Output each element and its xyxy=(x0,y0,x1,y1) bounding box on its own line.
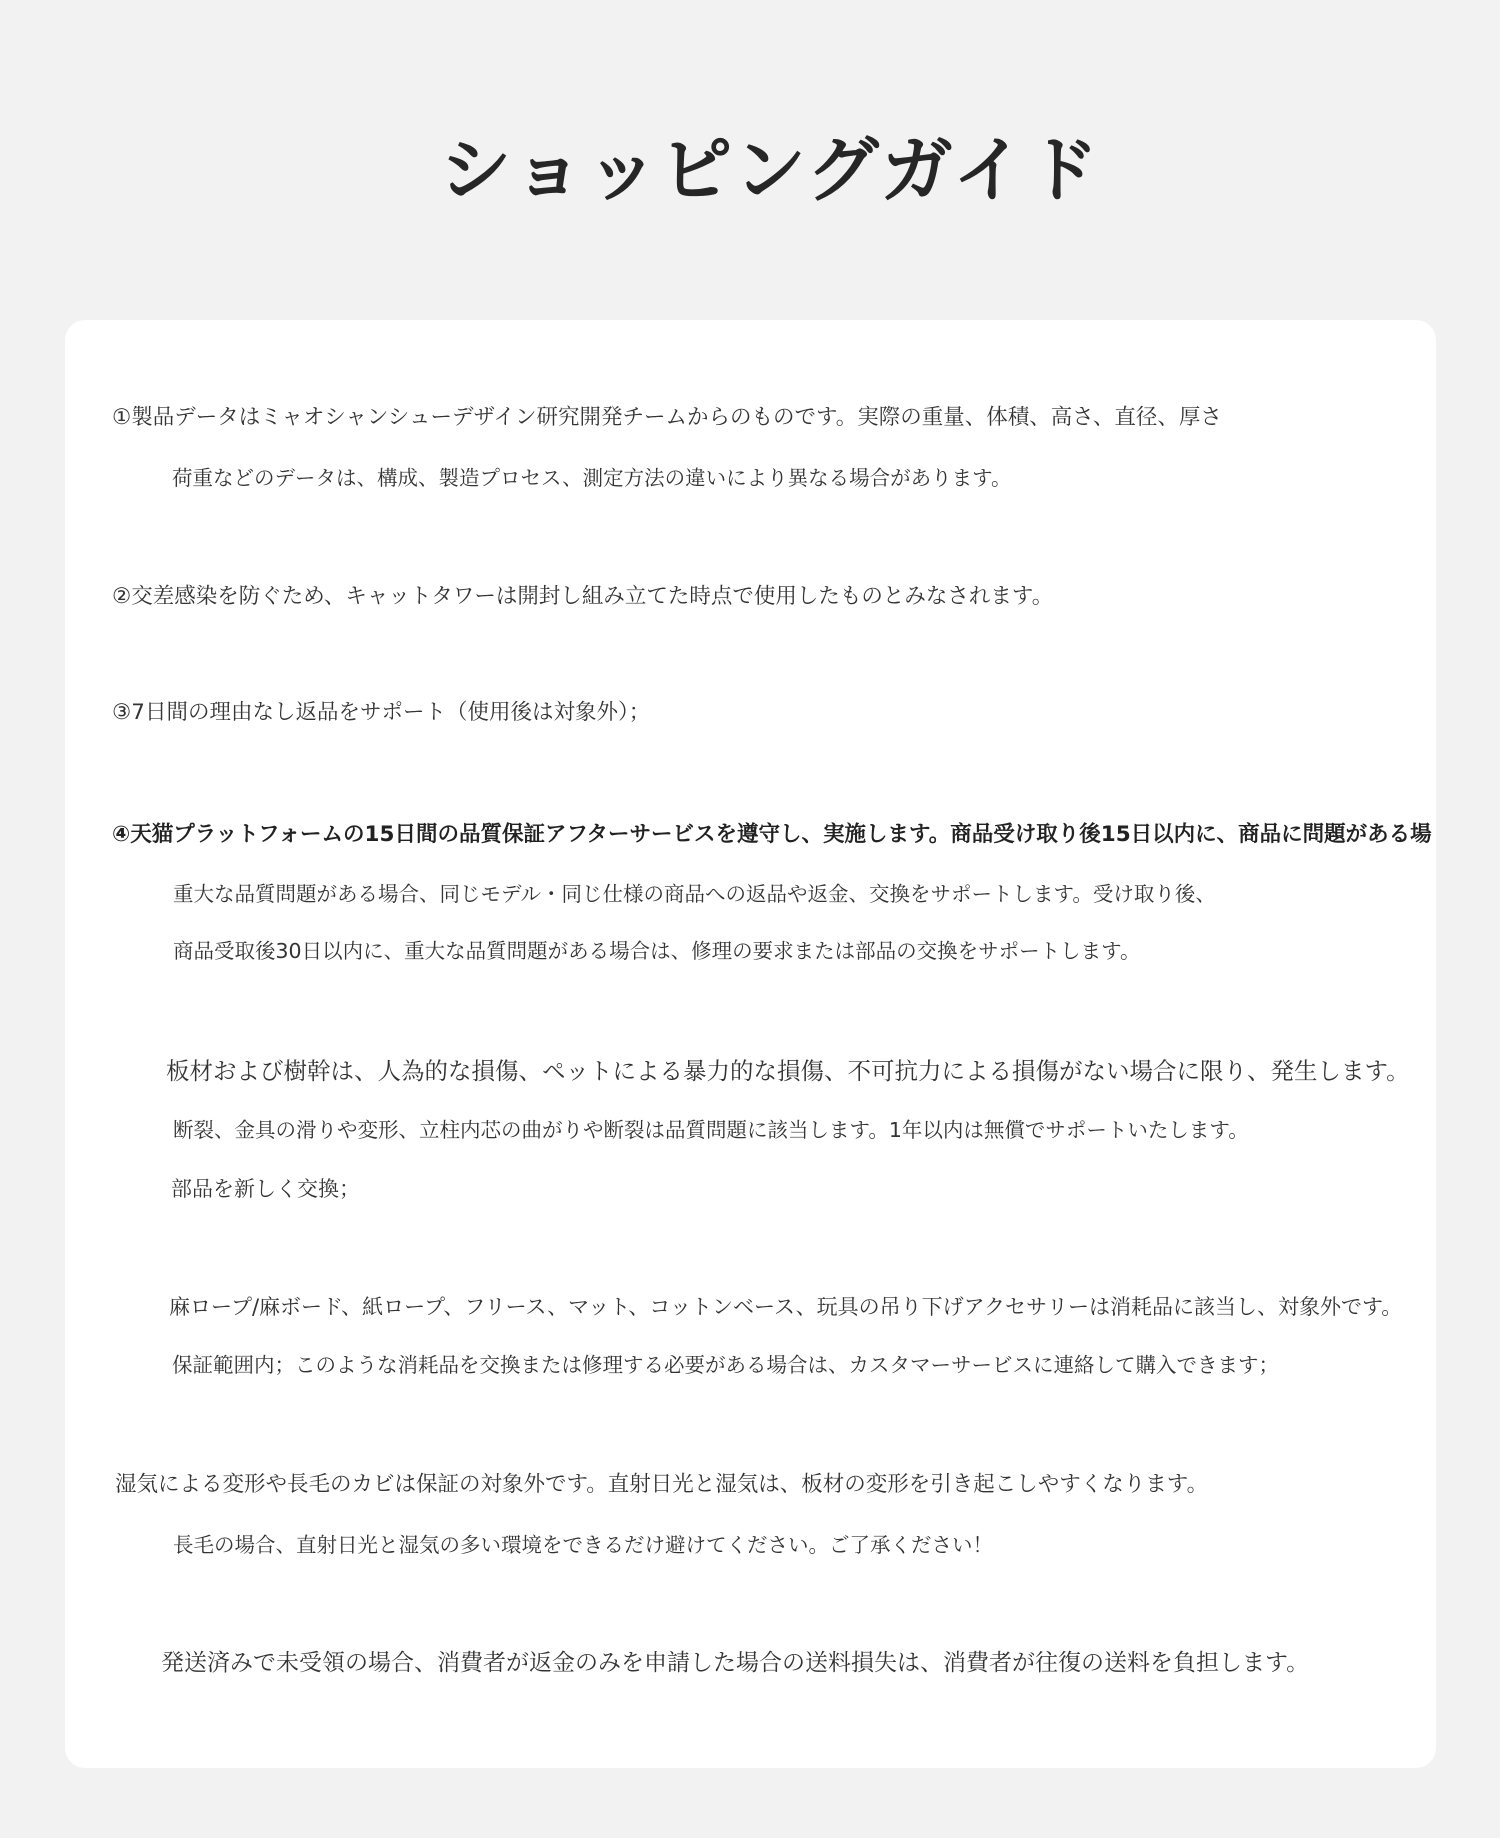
guide-item-1-line-1: ①製品データはミャオシャンシューデザイン研究開発チームからのものです。実際の重量… xyxy=(112,403,1222,433)
guide-item-4-line-2: 重大な品質問題がある場合、同じモデル・同じ仕様の商品への返品や返金、交換をサポー… xyxy=(173,879,1216,909)
shopping-guide-card: ①製品データはミャオシャンシューデザイン研究開発チームからのものです。実際の重量… xyxy=(65,320,1436,1768)
guide-shipping: 発送済みで未受領の場合、消費者が返金のみを申請した場合の送料損失は、消費者が往復… xyxy=(161,1648,1309,1678)
guide-item-4-line-3: 商品受取後30日以内に、重大な品質問題がある場合は、修理の要求または部品の交換を… xyxy=(173,936,1140,966)
guide-item-1-line-2: 荷重などのデータは、構成、製造プロセス、測定方法の違いにより異なる場合があります… xyxy=(172,463,1011,493)
guide-item-3: ③7日間の理由なし返品をサポート（使用後は対象外）； xyxy=(112,698,650,728)
guide-humidity-line-2: 長毛の場合、直射日光と湿気の多い環境をできるだけ避けてください。ご了承ください！ xyxy=(173,1530,993,1560)
guide-item-4-heading: ④天猫プラットフォームの15日間の品質保証アフターサービスを遵守し、実施します。… xyxy=(112,820,1432,850)
guide-item-2: ②交差感染を防ぐため、キャットタワーは開封し組み立てた時点で使用したものとみなさ… xyxy=(112,582,1053,612)
guide-boards-line-1: 板材および樹幹は、人為的な損傷、ペットによる暴力的な損傷、不可抗力による損傷がな… xyxy=(166,1056,1410,1086)
guide-humidity-line-1: 湿気による変形や長毛のカビは保証の対象外です。直射日光と湿気は、板材の変形を引き… xyxy=(115,1470,1208,1500)
page-title: ショッピングガイド xyxy=(0,122,1500,218)
guide-boards-line-2: 断裂、金具の滑りや変形、立柱内芯の曲がりや断裂は品質問題に該当します。1年以内は… xyxy=(173,1115,1249,1145)
guide-boards-line-3: 部品を新しく交換； xyxy=(171,1174,360,1204)
guide-consumables-line-1: 麻ロープ/麻ボード、紙ロープ、フリース、マット、コットンベース、玩具の吊り下げア… xyxy=(169,1292,1402,1322)
guide-consumables-line-2: 保証範囲内；このような消耗品を交換または修理する必要がある場合は、カスタマーサー… xyxy=(172,1350,1279,1380)
